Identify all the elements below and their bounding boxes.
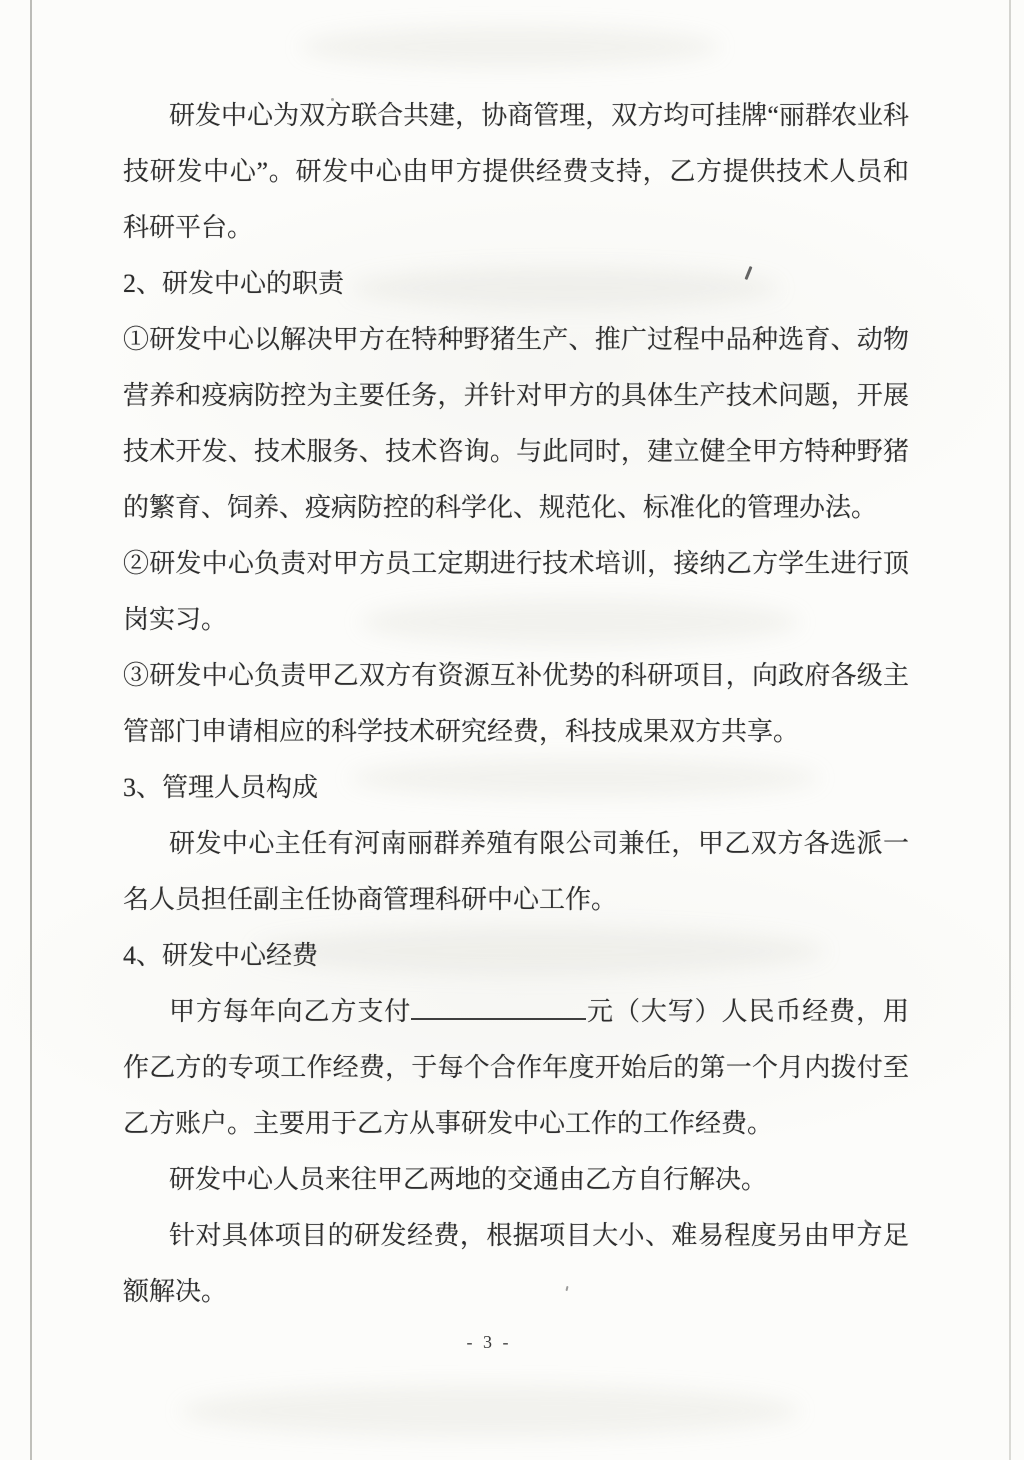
- heading-section-4-funding: 4、研发中心经费: [123, 928, 909, 984]
- paragraph-project-funding: 针对具体项目的研发经费，根据项目大小、难易程度另由甲方足额解决。: [123, 1208, 909, 1320]
- contract-body: 研发中心为双方联合共建，协商管理，双方均可挂牌“丽群农业科技研发中心”。研发中心…: [123, 88, 909, 1320]
- page-number: - 3 -: [96, 1322, 882, 1362]
- payment-amount-blank-field: [411, 996, 586, 1020]
- paragraph-annual-payment: 甲方每年向乙方支付元（大写）人民币经费，用作乙方的专项工作经费，于每个合作年度开…: [123, 984, 909, 1152]
- paragraph-duty-2: ②研发中心负责对甲方员工定期进行技术培训，接纳乙方学生进行顶岗实习。: [123, 536, 909, 648]
- paragraph-transportation: 研发中心人员来往甲乙两地的交通由乙方自行解决。: [123, 1152, 909, 1208]
- payment-text-before: 甲方每年向乙方支付: [169, 997, 411, 1026]
- paragraph-rd-center-intro: 研发中心为双方联合共建，协商管理，双方均可挂牌“丽群农业科技研发中心”。研发中心…: [123, 88, 909, 256]
- scan-fold-line-right: [1009, 0, 1011, 1460]
- scanned-contract-page: 研发中心为双方联合共建，协商管理，双方均可挂牌“丽群农业科技研发中心”。研发中心…: [0, 0, 1024, 1460]
- paragraph-duty-1: ①研发中心以解决甲方在特种野猪生产、推广过程中品种选育、动物营养和疫病防控为主要…: [123, 312, 909, 536]
- heading-section-3-management: 3、管理人员构成: [123, 760, 909, 816]
- scan-texture-blotch: [300, 26, 720, 68]
- scan-fold-line-left: [30, 0, 32, 1460]
- paragraph-duty-3: ③研发中心负责甲乙双方有资源互补优势的科研项目，向政府各级主管部门申请相应的科学…: [123, 648, 909, 760]
- paragraph-management-staff: 研发中心主任有河南丽群养殖有限公司兼任，甲乙双方各选派一名人员担任副主任协商管理…: [123, 816, 909, 928]
- heading-section-2-duties: 2、研发中心的职责: [123, 256, 909, 312]
- scan-texture-blotch: [180, 1385, 800, 1437]
